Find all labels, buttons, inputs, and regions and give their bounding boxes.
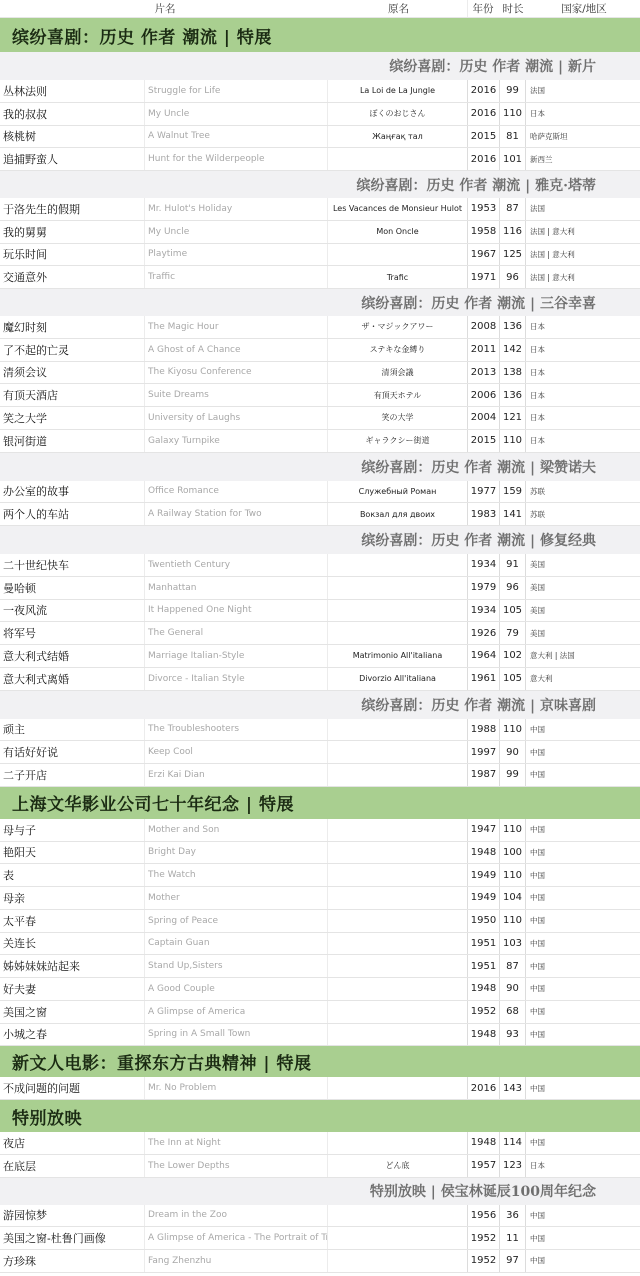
cell-original-title: [328, 719, 468, 741]
table-row: 太平春Spring of Peace1950110中国: [0, 910, 640, 933]
cell-year: 1979: [468, 577, 500, 599]
cell-country: 日本: [526, 316, 640, 338]
table-row: 好夫妻A Good Couple194890中国: [0, 978, 640, 1001]
cell-title-cn: 不成问题的问题: [0, 1077, 145, 1099]
cell-original-title: ザ・マジックアワー: [328, 316, 468, 338]
cell-year: 1951: [468, 933, 500, 955]
cell-duration: 90: [500, 978, 526, 1000]
cell-original-title: [328, 933, 468, 955]
table-row: 清须会议The Kiyosu Conference清須会議2013138日本: [0, 362, 640, 385]
cell-title-en: A Walnut Tree: [145, 126, 328, 148]
cell-duration: 159: [500, 481, 526, 503]
table-row: 小城之春Spring in A Small Town194893中国: [0, 1024, 640, 1047]
cell-duration: 68: [500, 1001, 526, 1023]
cell-country: 中国: [526, 978, 640, 1000]
cell-original-title: [328, 887, 468, 909]
cell-original-title: Les Vacances de Monsieur Hulot: [328, 198, 468, 220]
cell-year: 1934: [468, 554, 500, 576]
cell-title-cn: 表: [0, 864, 145, 886]
cell-original-title: [328, 864, 468, 886]
cell-year: 1948: [468, 1024, 500, 1046]
section-title: 新文人电影：重探东方古典精神 | 特展: [12, 1049, 312, 1074]
cell-year: 1988: [468, 719, 500, 741]
cell-title-cn: 太平春: [0, 910, 145, 932]
cell-country: 中国: [526, 955, 640, 977]
cell-duration: 110: [500, 819, 526, 841]
cell-year: 1977: [468, 481, 500, 503]
subsection-title: 缤纷喜剧：历史 作者 潮流 | 京味喜剧: [361, 695, 596, 715]
cell-country: 中国: [526, 910, 640, 932]
table-row: 意大利式结婚Marriage Italian-StyleMatrimonio A…: [0, 645, 640, 668]
cell-year: 1951: [468, 955, 500, 977]
cell-country: 中国: [526, 1132, 640, 1154]
table-row: 姊姊妹妹站起来Stand Up,Sisters195187中国: [0, 955, 640, 978]
subsection-title: 缤纷喜剧：历史 作者 潮流 | 三谷幸喜: [361, 293, 596, 313]
cell-year: 2016: [468, 148, 500, 170]
cell-year: 2004: [468, 407, 500, 429]
cell-duration: 97: [500, 1250, 526, 1272]
section-header: 缤纷喜剧：历史 作者 潮流 | 特展: [0, 18, 640, 52]
cell-year: 1952: [468, 1250, 500, 1272]
cell-original-title: ぼくのおじさん: [328, 103, 468, 125]
cell-duration: 104: [500, 887, 526, 909]
cell-title-en: Mother and Son: [145, 819, 328, 841]
cell-duration: 121: [500, 407, 526, 429]
cell-title-cn: 办公室的故事: [0, 481, 145, 503]
subsection-title: 缤纷喜剧：历史 作者 潮流 | 雅克·塔蒂: [357, 175, 596, 195]
cell-original-title: [328, 1077, 468, 1099]
table-header: 片名 原名 年份 时长 国家/地区: [0, 0, 640, 18]
cell-title-cn: 二十世纪快车: [0, 554, 145, 576]
table-row: 顽主The Troubleshooters1988110中国: [0, 719, 640, 742]
cell-title-cn: 交通意外: [0, 266, 145, 288]
table-row: 方珍珠Fang Zhenzhu195297中国: [0, 1250, 640, 1273]
cell-year: 1934: [468, 600, 500, 622]
cell-duration: 125: [500, 244, 526, 266]
cell-title-cn: 追捕野蛮人: [0, 148, 145, 170]
cell-year: 2006: [468, 384, 500, 406]
subsection-header: 缤纷喜剧：历史 作者 潮流 | 雅克·塔蒂: [0, 171, 640, 198]
subsection-header: 缤纷喜剧：历史 作者 潮流 | 修复经典: [0, 526, 640, 554]
section-title: 上海文华影业公司七十年纪念 | 特展: [12, 790, 294, 815]
cell-year: 1987: [468, 764, 500, 786]
cell-title-cn: 艳阳天: [0, 842, 145, 864]
cell-country: 中国: [526, 1205, 640, 1227]
cell-year: 2013: [468, 362, 500, 384]
cell-year: 1953: [468, 198, 500, 220]
cell-duration: 90: [500, 741, 526, 763]
cell-title-en: Keep Cool: [145, 741, 328, 763]
cell-original-title: [328, 1132, 468, 1154]
cell-title-cn: 美国之窗: [0, 1001, 145, 1023]
cell-country: 哈萨克斯坦: [526, 126, 640, 148]
cell-year: 2016: [468, 80, 500, 102]
cell-title-en: My Uncle: [145, 103, 328, 125]
cell-title-en: Fang Zhenzhu: [145, 1250, 328, 1272]
cell-title-en: Mr. Hulot's Holiday: [145, 198, 328, 220]
table-row: 夜店The Inn at Night1948114中国: [0, 1132, 640, 1155]
cell-title-cn: 好夫妻: [0, 978, 145, 1000]
cell-year: 1950: [468, 910, 500, 932]
cell-country: 意大利: [526, 668, 640, 690]
section-header: 上海文华影业公司七十年纪念 | 特展: [0, 787, 640, 819]
cell-original-title: [328, 1205, 468, 1227]
cell-original-title: Жаңғақ тал: [328, 126, 468, 148]
cell-title-cn: 曼哈顿: [0, 577, 145, 599]
table-row: 我的叔叔My Uncleぼくのおじさん2016110日本: [0, 103, 640, 126]
cell-title-cn: 清须会议: [0, 362, 145, 384]
cell-title-cn: 我的舅舅: [0, 221, 145, 243]
cell-duration: 138: [500, 362, 526, 384]
table-row: 魔幻时刻The Magic Hourザ・マジックアワー2008136日本: [0, 316, 640, 339]
cell-country: 中国: [526, 933, 640, 955]
cell-original-title: [328, 842, 468, 864]
cell-title-en: A Ghost of A Chance: [145, 339, 328, 361]
cell-title-en: The Watch: [145, 864, 328, 886]
subsection-title: 缤纷喜剧：历史 作者 潮流 | 梁赞诺夫: [361, 457, 596, 477]
cell-year: 2015: [468, 126, 500, 148]
cell-country: 中国: [526, 741, 640, 763]
cell-original-title: 清須会議: [328, 362, 468, 384]
cell-original-title: [328, 1227, 468, 1249]
cell-title-cn: 方珍珠: [0, 1250, 145, 1272]
table-row: 艳阳天Bright Day1948100中国: [0, 842, 640, 865]
cell-year: 1949: [468, 887, 500, 909]
cell-title-en: A Railway Station for Two: [145, 503, 328, 525]
table-row: 在底层The Lower Depthsどん底1957123日本: [0, 1155, 640, 1178]
cell-duration: 142: [500, 339, 526, 361]
cell-country: 法国 | 意大利: [526, 221, 640, 243]
cell-country: 法国: [526, 198, 640, 220]
cell-title-cn: 游园惊梦: [0, 1205, 145, 1227]
cell-country: 中国: [526, 764, 640, 786]
cell-title-cn: 核桃树: [0, 126, 145, 148]
cell-duration: 110: [500, 719, 526, 741]
table-row: 笑之大学University of Laughs笑の大学2004121日本: [0, 407, 640, 430]
cell-country: 苏联: [526, 481, 640, 503]
cell-duration: 99: [500, 764, 526, 786]
cell-country: 中国: [526, 1227, 640, 1249]
cell-country: 美国: [526, 622, 640, 644]
cell-duration: 96: [500, 266, 526, 288]
header-duration: 时长: [498, 0, 528, 17]
cell-country: 法国 | 意大利: [526, 266, 640, 288]
cell-country: 日本: [526, 362, 640, 384]
cell-original-title: [328, 978, 468, 1000]
cell-country: 中国: [526, 1250, 640, 1272]
cell-original-title: La Loi de La Jungle: [328, 80, 468, 102]
cell-title-cn: 于洛先生的假期: [0, 198, 145, 220]
cell-title-en: Mr. No Problem: [145, 1077, 328, 1099]
cell-title-en: A Glimpse of America: [145, 1001, 328, 1023]
cell-title-en: My Uncle: [145, 221, 328, 243]
section-header: 特别放映: [0, 1100, 640, 1132]
cell-year: 1952: [468, 1001, 500, 1023]
cell-original-title: Mon Oncle: [328, 221, 468, 243]
cell-country: 美国: [526, 600, 640, 622]
cell-country: 中国: [526, 1024, 640, 1046]
cell-title-cn: 母与子: [0, 819, 145, 841]
cell-year: 1961: [468, 668, 500, 690]
table-row: 办公室的故事Office RomanceСлужебный Роман19771…: [0, 481, 640, 504]
table-row: 将军号The General192679美国: [0, 622, 640, 645]
subsection-header: 特别放映 | 侯宝林诞辰100周年纪念: [0, 1178, 640, 1205]
table-row: 银河街道Galaxy Turnpikeギャラクシー街道2015110日本: [0, 430, 640, 453]
table-row: 表The Watch1949110中国: [0, 864, 640, 887]
cell-title-cn: 夜店: [0, 1132, 145, 1154]
cell-duration: 105: [500, 600, 526, 622]
cell-original-title: ギャラクシー街道: [328, 430, 468, 452]
table-row: 游园惊梦Dream in the Zoo195636中国: [0, 1205, 640, 1228]
cell-country: 意大利 | 法国: [526, 645, 640, 667]
cell-year: 2016: [468, 1077, 500, 1099]
cell-original-title: [328, 622, 468, 644]
cell-duration: 105: [500, 668, 526, 690]
film-schedule-table: 片名 原名 年份 时长 国家/地区 缤纷喜剧：历史 作者 潮流 | 特展缤纷喜剧…: [0, 0, 640, 1273]
cell-duration: 87: [500, 955, 526, 977]
cell-title-en: It Happened One Night: [145, 600, 328, 622]
cell-country: 中国: [526, 864, 640, 886]
cell-duration: 100: [500, 842, 526, 864]
table-row: 一夜风流It Happened One Night1934105美国: [0, 600, 640, 623]
section-header: 新文人电影：重探东方古典精神 | 特展: [0, 1046, 640, 1077]
cell-title-en: Mother: [145, 887, 328, 909]
cell-year: 1947: [468, 819, 500, 841]
table-row: 不成问题的问题Mr. No Problem2016143中国: [0, 1077, 640, 1100]
table-row: 我的舅舅My UncleMon Oncle1958116法国 | 意大利: [0, 221, 640, 244]
subsection-header: 缤纷喜剧：历史 作者 潮流 | 梁赞诺夫: [0, 453, 640, 481]
cell-title-cn: 银河街道: [0, 430, 145, 452]
cell-title-en: A Good Couple: [145, 978, 328, 1000]
cell-title-en: A Glimpse of America - The Portrait of T…: [145, 1227, 328, 1249]
table-body: 缤纷喜剧：历史 作者 潮流 | 特展缤纷喜剧：历史 作者 潮流 | 新片丛林法则…: [0, 18, 640, 1273]
cell-original-title: [328, 764, 468, 786]
cell-title-en: Playtime: [145, 244, 328, 266]
cell-year: 2011: [468, 339, 500, 361]
cell-country: 美国: [526, 554, 640, 576]
cell-year: 1964: [468, 645, 500, 667]
cell-original-title: Вокзал для двоих: [328, 503, 468, 525]
cell-original-title: 笑の大学: [328, 407, 468, 429]
subsection-title: 缤纷喜剧：历史 作者 潮流 | 修复经典: [361, 530, 596, 550]
cell-title-en: University of Laughs: [145, 407, 328, 429]
cell-title-en: Struggle for Life: [145, 80, 328, 102]
cell-country: 美国: [526, 577, 640, 599]
table-row: 美国之窗-杜鲁门画像A Glimpse of America - The Por…: [0, 1227, 640, 1250]
cell-title-en: Spring in A Small Town: [145, 1024, 328, 1046]
cell-original-title: [328, 600, 468, 622]
cell-original-title: Служебный Роман: [328, 481, 468, 503]
cell-title-cn: 姊姊妹妹站起来: [0, 955, 145, 977]
cell-title-cn: 丛林法则: [0, 80, 145, 102]
cell-title-en: Twentieth Century: [145, 554, 328, 576]
subsection-title: 特别放映 | 侯宝林诞辰100周年纪念: [370, 1181, 596, 1201]
cell-country: 日本: [526, 384, 640, 406]
cell-duration: 101: [500, 148, 526, 170]
subsection-header: 缤纷喜剧：历史 作者 潮流 | 三谷幸喜: [0, 289, 640, 316]
cell-title-en: Dream in the Zoo: [145, 1205, 328, 1227]
cell-year: 1926: [468, 622, 500, 644]
cell-title-cn: 两个人的车站: [0, 503, 145, 525]
table-row: 母与子Mother and Son1947110中国: [0, 819, 640, 842]
cell-duration: 116: [500, 221, 526, 243]
cell-country: 法国 | 意大利: [526, 244, 640, 266]
header-title-cn: 片名: [0, 0, 330, 17]
cell-duration: 141: [500, 503, 526, 525]
table-row: 曼哈顿Manhattan197996美国: [0, 577, 640, 600]
cell-title-en: The Magic Hour: [145, 316, 328, 338]
cell-year: 1957: [468, 1155, 500, 1177]
cell-title-cn: 魔幻时刻: [0, 316, 145, 338]
table-row: 美国之窗A Glimpse of America195268中国: [0, 1001, 640, 1024]
table-row: 玩乐时间Playtime1967125法国 | 意大利: [0, 244, 640, 267]
cell-duration: 136: [500, 316, 526, 338]
cell-duration: 36: [500, 1205, 526, 1227]
cell-title-cn: 美国之窗-杜鲁门画像: [0, 1227, 145, 1249]
cell-duration: 99: [500, 80, 526, 102]
cell-duration: 136: [500, 384, 526, 406]
cell-year: 1948: [468, 978, 500, 1000]
cell-original-title: Divorzio All'italiana: [328, 668, 468, 690]
cell-title-cn: 在底层: [0, 1155, 145, 1177]
cell-title-en: Divorce - Italian Style: [145, 668, 328, 690]
cell-year: 2016: [468, 103, 500, 125]
cell-duration: 11: [500, 1227, 526, 1249]
cell-country: 苏联: [526, 503, 640, 525]
cell-original-title: [328, 577, 468, 599]
header-year: 年份: [468, 0, 498, 17]
cell-original-title: どん底: [328, 1155, 468, 1177]
cell-year: 1948: [468, 1132, 500, 1154]
cell-title-cn: 笑之大学: [0, 407, 145, 429]
subsection-header: 缤纷喜剧：历史 作者 潮流 | 京味喜剧: [0, 691, 640, 719]
header-country: 国家/地区: [528, 0, 640, 17]
cell-title-cn: 关连长: [0, 933, 145, 955]
cell-year: 1956: [468, 1205, 500, 1227]
cell-title-en: Office Romance: [145, 481, 328, 503]
cell-year: 2015: [468, 430, 500, 452]
cell-title-cn: 小城之春: [0, 1024, 145, 1046]
cell-country: 中国: [526, 887, 640, 909]
cell-title-en: The Kiyosu Conference: [145, 362, 328, 384]
cell-duration: 79: [500, 622, 526, 644]
subsection-header: 缤纷喜剧：历史 作者 潮流 | 新片: [0, 52, 640, 80]
cell-title-en: Suite Dreams: [145, 384, 328, 406]
table-row: 于洛先生的假期Mr. Hulot's HolidayLes Vacances d…: [0, 198, 640, 221]
cell-original-title: [328, 1250, 468, 1272]
section-title: 特别放映: [12, 1104, 82, 1129]
cell-country: 中国: [526, 842, 640, 864]
table-row: 交通意外TrafficTrafic197196法国 | 意大利: [0, 266, 640, 289]
cell-title-cn: 意大利式离婚: [0, 668, 145, 690]
cell-duration: 110: [500, 103, 526, 125]
cell-title-en: Bright Day: [145, 842, 328, 864]
table-row: 了不起的亡灵A Ghost of A Chanceステキな金縛り2011142日…: [0, 339, 640, 362]
cell-duration: 110: [500, 430, 526, 452]
cell-title-en: Erzi Kai Dian: [145, 764, 328, 786]
cell-original-title: [328, 910, 468, 932]
cell-country: 中国: [526, 1077, 640, 1099]
cell-title-en: The General: [145, 622, 328, 644]
table-row: 追捕野蛮人Hunt for the Wilderpeople2016101新西兰: [0, 148, 640, 171]
cell-country: 日本: [526, 430, 640, 452]
cell-original-title: [328, 148, 468, 170]
table-row: 母亲Mother1949104中国: [0, 887, 640, 910]
cell-year: 1983: [468, 503, 500, 525]
cell-original-title: [328, 955, 468, 977]
table-row: 有话好好说Keep Cool199790中国: [0, 741, 640, 764]
cell-duration: 103: [500, 933, 526, 955]
cell-year: 1967: [468, 244, 500, 266]
cell-original-title: [328, 1024, 468, 1046]
cell-title-en: Spring of Peace: [145, 910, 328, 932]
cell-duration: 102: [500, 645, 526, 667]
cell-original-title: ステキな金縛り: [328, 339, 468, 361]
cell-duration: 93: [500, 1024, 526, 1046]
cell-title-en: The Troubleshooters: [145, 719, 328, 741]
header-original-title: 原名: [330, 0, 468, 17]
cell-original-title: [328, 819, 468, 841]
cell-duration: 123: [500, 1155, 526, 1177]
cell-original-title: Matrimonio All'italiana: [328, 645, 468, 667]
cell-title-cn: 母亲: [0, 887, 145, 909]
cell-duration: 91: [500, 554, 526, 576]
section-title: 缤纷喜剧：历史 作者 潮流 | 特展: [12, 23, 272, 48]
cell-original-title: Trafic: [328, 266, 468, 288]
cell-country: 日本: [526, 339, 640, 361]
cell-title-cn: 玩乐时间: [0, 244, 145, 266]
cell-original-title: [328, 741, 468, 763]
cell-duration: 143: [500, 1077, 526, 1099]
table-row: 两个人的车站A Railway Station for TwoВокзал дл…: [0, 503, 640, 526]
table-row: 有顶天酒店Suite Dreams有頂天ホテル2006136日本: [0, 384, 640, 407]
cell-title-en: Stand Up,Sisters: [145, 955, 328, 977]
cell-country: 日本: [526, 103, 640, 125]
table-row: 二子开店Erzi Kai Dian198799中国: [0, 764, 640, 787]
cell-original-title: [328, 244, 468, 266]
cell-country: 日本: [526, 1155, 640, 1177]
cell-duration: 87: [500, 198, 526, 220]
cell-country: 新西兰: [526, 148, 640, 170]
cell-title-cn: 一夜风流: [0, 600, 145, 622]
cell-title-en: Marriage Italian-Style: [145, 645, 328, 667]
cell-title-en: The Lower Depths: [145, 1155, 328, 1177]
cell-title-en: Manhattan: [145, 577, 328, 599]
table-row: 二十世纪快车Twentieth Century193491美国: [0, 554, 640, 577]
cell-year: 1948: [468, 842, 500, 864]
table-row: 关连长Captain Guan1951103中国: [0, 933, 640, 956]
cell-year: 2008: [468, 316, 500, 338]
cell-country: 中国: [526, 719, 640, 741]
cell-country: 日本: [526, 407, 640, 429]
cell-year: 1958: [468, 221, 500, 243]
cell-title-en: Galaxy Turnpike: [145, 430, 328, 452]
cell-country: 中国: [526, 819, 640, 841]
cell-title-cn: 顽主: [0, 719, 145, 741]
cell-duration: 110: [500, 864, 526, 886]
cell-title-cn: 意大利式结婚: [0, 645, 145, 667]
cell-original-title: 有頂天ホテル: [328, 384, 468, 406]
cell-country: 中国: [526, 1001, 640, 1023]
cell-duration: 114: [500, 1132, 526, 1154]
cell-title-cn: 我的叔叔: [0, 103, 145, 125]
cell-duration: 110: [500, 910, 526, 932]
cell-title-en: Captain Guan: [145, 933, 328, 955]
table-row: 意大利式离婚Divorce - Italian StyleDivorzio Al…: [0, 668, 640, 691]
table-row: 核桃树A Walnut TreeЖаңғақ тал201581哈萨克斯坦: [0, 126, 640, 149]
cell-title-cn: 将军号: [0, 622, 145, 644]
cell-year: 1952: [468, 1227, 500, 1249]
